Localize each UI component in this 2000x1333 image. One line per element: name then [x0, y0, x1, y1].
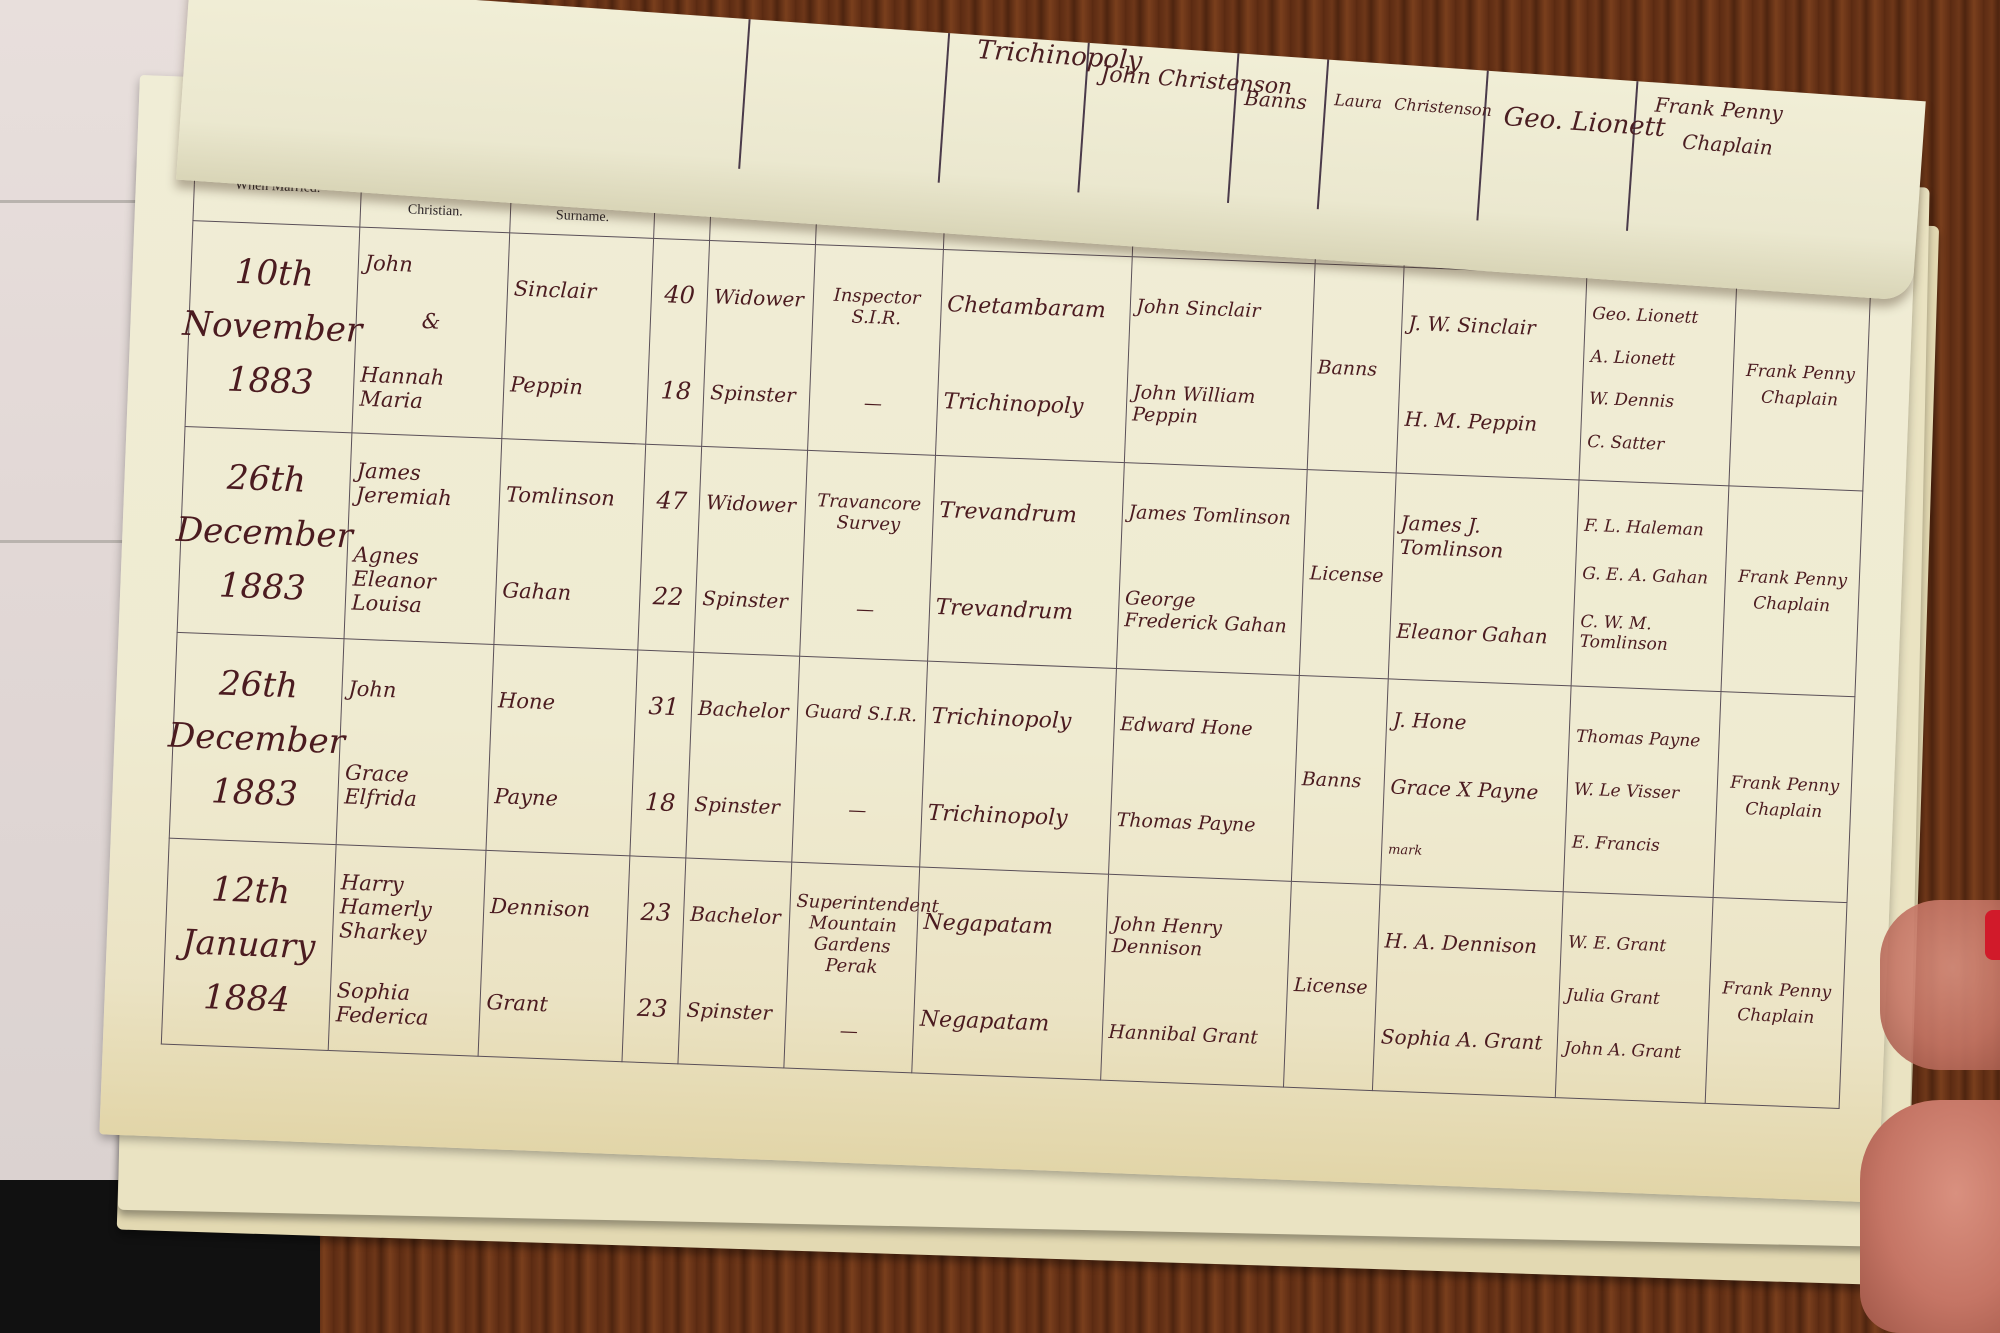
rule-line [938, 33, 950, 183]
marriage-register-table: When Married. Names of Parties. Age. Con… [161, 147, 1874, 1109]
ages: 47 22 [638, 445, 701, 653]
groom-surname: Dennison [490, 894, 622, 923]
minister-name: Frank Penny [1724, 772, 1845, 797]
witness-signatures: W. E. Grant Julia Grant John A. Grant [1556, 892, 1714, 1104]
date-month: December [167, 715, 345, 762]
surnames: Tomlinson Gahan [494, 439, 646, 650]
residences: Trichinopoly Trichinopoly [919, 662, 1116, 875]
surnames: Hone Payne [486, 645, 638, 856]
groom-surname: Tomlinson [506, 482, 638, 511]
minister-title: Chaplain [1739, 387, 1860, 412]
groom-surname: Hone [498, 688, 630, 717]
hand-fingers [1880, 900, 2000, 1070]
date-year: 1883 [210, 771, 298, 814]
witness-signature: Geo. Lionett [1592, 304, 1730, 329]
party-signatures: James J. Tomlinson Eleanor Gahan [1388, 473, 1579, 686]
fathers: John Henry Dennison Hannibal Grant [1100, 875, 1291, 1088]
witness-signature: A. Lionett [1590, 346, 1728, 371]
witness-signature: Thomas Payne [1576, 726, 1714, 751]
groom-signature: James J. Tomlinson [1399, 510, 1571, 565]
date-day: 10th [234, 252, 314, 295]
minister-name: Frank Penny [1740, 361, 1861, 386]
witness-signatures: Thomas Payne W. Le Visser E. Francis [1564, 686, 1722, 898]
groom-residence: Trevandrum [939, 498, 1116, 530]
witness-signature: C. Satter [1587, 432, 1725, 457]
mark-note: mark [1388, 842, 1559, 864]
rule-line [1317, 60, 1329, 210]
witness-signature: C. W. M. Tomlinson [1579, 612, 1718, 657]
christian-names: James Jeremiah Agnes Eleanor Louisa [344, 433, 502, 645]
bride-rank: — [800, 798, 916, 823]
residences: Negapatam Negapatam [911, 867, 1108, 1080]
groom-signature: H. A. Dennison [1384, 928, 1555, 959]
rule-line [1476, 71, 1488, 221]
bride-father: Hannibal Grant [1108, 1021, 1279, 1050]
minister-title: Chaplain [1723, 798, 1844, 823]
groom-father: John Sinclair [1136, 296, 1307, 325]
residences: Chetambaram Trichinopoly [935, 250, 1132, 463]
witness-signature: W. E. Grant [1568, 932, 1706, 957]
minister-signature: Frank Penny Chaplain [1714, 692, 1855, 903]
bride-signature: Sophia A. Grant [1380, 1024, 1551, 1055]
minister-title: Chaplain [1715, 1004, 1836, 1029]
banns-value: Banns [1317, 356, 1394, 381]
groom-christian: John [348, 676, 486, 705]
banns-value: License [1293, 974, 1370, 999]
bride-rank: — [815, 391, 931, 416]
groom-age: 23 [634, 897, 678, 927]
bride-surname: Payne [494, 784, 626, 813]
bride-christian: Hannah Maria [359, 363, 498, 416]
bride-age: 22 [646, 582, 690, 612]
date-month: December [175, 510, 353, 557]
groom-condition: Widower [706, 490, 799, 518]
groom-rank: Travancore Survey [811, 490, 927, 536]
bride-rank: — [807, 597, 923, 622]
bride-christian: Grace Elfrida [344, 761, 483, 814]
ranks: Superintendent Mountain Gardens Perak — [783, 862, 919, 1073]
ranks: Travancore Survey — [799, 451, 935, 662]
groom-christian: James Jeremiah [355, 458, 494, 511]
date-year: 1883 [226, 359, 314, 402]
prev-witness: Geo. Lionett [1503, 102, 1667, 143]
party-signatures: H. A. Dennison Sophia A. Grant [1372, 885, 1563, 1098]
bride-residence: Trichinopoly [927, 800, 1104, 832]
groom-surname: Sinclair [514, 276, 646, 305]
prev-minister-title: Chaplain [1682, 130, 1774, 160]
bride-residence: Negapatam [919, 1006, 1096, 1038]
conditions: Bachelor Spinster [686, 653, 799, 863]
prev-signature-left: Laura [1334, 90, 1383, 112]
minister-name: Frank Penny [1716, 978, 1837, 1003]
bride-condition: Spinster [702, 586, 795, 614]
groom-christian: Harry Hamerly Sharkey [339, 870, 479, 947]
party-signatures: J. Hone Grace X Payne mark [1380, 679, 1571, 892]
witness-signature: W. Dennis [1589, 389, 1727, 414]
ages: 31 18 [630, 650, 693, 858]
rule-line [1626, 81, 1638, 231]
conditions: Bachelor Spinster [678, 858, 791, 1068]
conditions: Widower Spinster [694, 447, 807, 657]
banns-or-license: Banns [1307, 264, 1404, 473]
ranks: Guard S.I.R. — [791, 657, 927, 868]
bride-age: 18 [654, 376, 698, 406]
bride-condition: Spinster [686, 998, 779, 1026]
residences: Trevandrum Trevandrum [927, 456, 1124, 669]
banns-value: License [1309, 562, 1386, 587]
groom-signature: J. W. Sinclair [1408, 311, 1579, 342]
prev-minister: Frank Penny [1654, 93, 1784, 126]
witness-signature: G. E. A. Gahan [1582, 564, 1720, 589]
marriage-date: 26th December 1883 [177, 427, 352, 639]
bride-residence: Trichinopoly [943, 389, 1120, 421]
fathers: James Tomlinson George Frederick Gahan [1116, 463, 1307, 676]
groom-father: John Henry Dennison [1111, 913, 1283, 964]
date-year: 1884 [203, 977, 291, 1020]
witness-signature: E. Francis [1572, 833, 1710, 858]
date-year: 1883 [218, 565, 306, 608]
bride-surname: Peppin [510, 373, 642, 402]
witness-signatures: Geo. Lionett A. Lionett W. Dennis C. Sat… [1579, 275, 1737, 487]
witness-signature: W. Le Visser [1574, 779, 1712, 804]
groom-condition: Bachelor [698, 696, 791, 724]
bride-christian: Sophia Federica [335, 978, 474, 1031]
groom-rank: Inspector S.I.R. [819, 284, 935, 330]
bride-surname: Grant [486, 990, 618, 1019]
ranks: Inspector S.I.R. — [807, 245, 943, 456]
bride-age: 18 [638, 788, 682, 818]
christian-names: Harry Hamerly Sharkey Sophia Federica [328, 845, 486, 1057]
marriage-date: 26th December 1883 [169, 633, 344, 845]
prev-banns: Banns [1244, 86, 1308, 114]
rule-line [738, 19, 750, 169]
groom-age: 31 [642, 691, 686, 721]
surnames: Sinclair Peppin [502, 233, 654, 444]
witness-signatures: F. L. Haleman G. E. A. Gahan C. W. M. To… [1571, 480, 1729, 692]
fathers: Edward Hone Thomas Payne [1108, 669, 1299, 882]
date-month: November [182, 304, 363, 351]
groom-age: 47 [650, 486, 694, 516]
groom-residence: Chetambaram [947, 292, 1124, 324]
groom-rank: Superintendent Mountain Gardens Perak [794, 891, 912, 979]
date-day: 26th [226, 458, 306, 501]
minister-signature: Frank Penny Chaplain [1729, 280, 1870, 491]
bride-condition: Spinster [694, 792, 787, 820]
groom-rank: Guard S.I.R. [803, 701, 919, 726]
bride-signature: Eleanor Gahan [1396, 619, 1567, 650]
prev-signature-right: Christenson [1394, 94, 1493, 120]
bride-father: John William Peppin [1132, 381, 1304, 432]
date-day: 12th [210, 869, 290, 912]
date-day: 26th [218, 663, 298, 706]
groom-residence: Negapatam [923, 910, 1100, 942]
bride-condition: Spinster [710, 380, 803, 408]
banns-or-license: License [1283, 882, 1380, 1091]
groom-residence: Trichinopoly [931, 704, 1108, 736]
bride-residence: Trevandrum [935, 595, 1112, 627]
groom-christian: John [364, 250, 502, 279]
marriage-date: 12th January 1884 [161, 839, 336, 1051]
conditions: Widower Spinster [702, 241, 815, 451]
witness-signature: John A. Grant [1564, 1039, 1702, 1064]
groom-condition: Widower [714, 284, 807, 312]
christian-names: John & Hannah Maria [352, 227, 510, 439]
fathers: John Sinclair John William Peppin [1124, 257, 1315, 470]
party-signatures: J. W. Sinclair H. M. Peppin [1396, 268, 1587, 481]
ampersand: & [362, 307, 500, 336]
witness-signature: Julia Grant [1566, 985, 1704, 1010]
ages: 23 23 [622, 856, 685, 1064]
groom-age: 40 [658, 280, 702, 310]
witness-signature: F. L. Haleman [1584, 515, 1722, 540]
surnames: Dennison Grant [478, 851, 630, 1062]
banns-or-license: License [1299, 470, 1396, 679]
bride-father: George Frederick Gahan [1124, 587, 1296, 638]
bride-mark-signature: Grace X Payne [1390, 775, 1561, 806]
bride-rank: — [791, 1019, 907, 1044]
hand [1860, 1100, 2000, 1333]
red-bookmark [1985, 910, 2000, 960]
bride-father: Thomas Payne [1116, 809, 1287, 838]
date-month: January [181, 922, 316, 967]
banns-or-license: Banns [1291, 676, 1388, 885]
banns-value: Banns [1301, 768, 1378, 793]
bride-signature: H. M. Peppin [1404, 407, 1575, 438]
minister-signature: Frank Penny Chaplain [1706, 898, 1847, 1109]
marriage-date: 10th November 1883 [185, 221, 360, 433]
christian-names: John Grace Elfrida [336, 639, 494, 851]
groom-condition: Bachelor [690, 901, 783, 929]
groom-father: James Tomlinson [1128, 501, 1299, 530]
minister-signature: Frank Penny Chaplain [1721, 486, 1862, 697]
bride-christian: Agnes Eleanor Louisa [351, 543, 491, 620]
bride-surname: Gahan [502, 578, 634, 607]
minister-name: Frank Penny [1732, 566, 1853, 591]
groom-signature: J. Hone [1393, 708, 1564, 739]
ages: 40 18 [646, 239, 709, 447]
bride-age: 23 [630, 994, 674, 1024]
minister-title: Chaplain [1731, 592, 1852, 617]
groom-father: Edward Hone [1120, 713, 1291, 742]
